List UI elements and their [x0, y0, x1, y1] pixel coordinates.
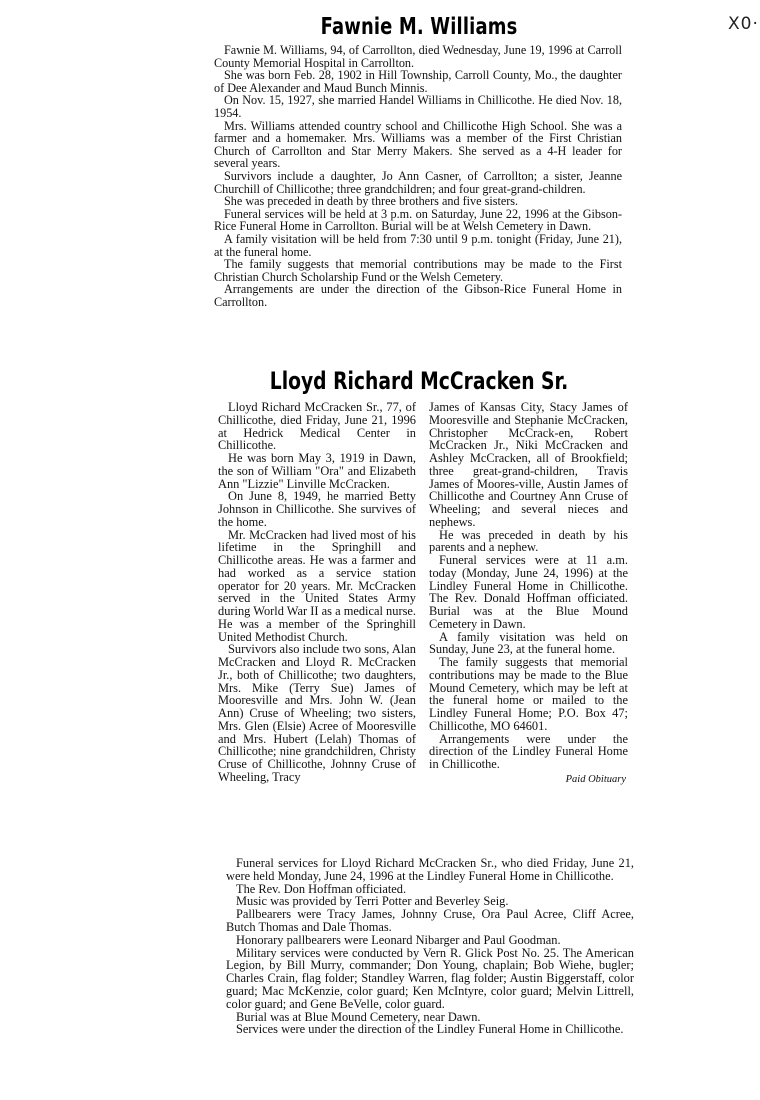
paragraph: The family suggests that memorial contri… [214, 258, 622, 283]
paragraph: Honorary pallbearers were Leonard Nibarg… [226, 934, 634, 947]
obituary-title: Lloyd Richard McCracken Sr. [259, 367, 579, 395]
paragraph: She was born Feb. 28, 1902 in Hill Towns… [214, 69, 622, 94]
paragraph: The family suggests that memorial contri… [429, 656, 628, 733]
paragraph: Mrs. Williams attended country school an… [214, 120, 622, 170]
paragraph: A family visitation will be held from 7:… [214, 233, 622, 258]
paragraph: James of Kansas City, Stacy James of Moo… [429, 401, 628, 529]
paragraph: Funeral services will be held at 3 p.m. … [214, 208, 622, 233]
obituary-title: Fawnie M. Williams [259, 14, 579, 40]
paragraph: Arrangements are under the direction of … [214, 283, 622, 308]
paragraph: Lloyd Richard McCracken Sr., 77, of Chil… [218, 401, 416, 452]
obituary-left-column: Lloyd Richard McCracken Sr., 77, of Chil… [218, 401, 416, 784]
paragraph: Survivors also include two sons, Alan Mc… [218, 643, 416, 783]
paragraph: Military services were conducted by Vern… [226, 947, 634, 1011]
obituary-right-column: James of Kansas City, Stacy James of Moo… [429, 401, 628, 787]
paragraph: A family visitation was held on Sunday, … [429, 631, 628, 657]
scanned-newspaper-page: X0· Fawnie M. Williams Fawnie M. William… [0, 0, 760, 1100]
paragraph: He was born May 3, 1919 in Dawn, the son… [218, 452, 416, 490]
paragraph: On Nov. 15, 1927, she married Handel Wil… [214, 94, 622, 119]
paragraph: She was preceded in death by three broth… [214, 195, 622, 208]
paragraph: Funeral services for Lloyd Richard McCra… [226, 857, 634, 883]
paragraph: He was preceded in death by his parents … [429, 529, 628, 555]
paragraph: On June 8, 1949, he married Betty Johnso… [218, 490, 416, 528]
obituary-body: Fawnie M. Williams, 94, of Carrollton, d… [214, 44, 622, 308]
paid-obituary-label: Paid Obituary [429, 774, 628, 787]
handwritten-margin-mark: X0· [728, 14, 759, 34]
paragraph: Mr. McCracken had lived most of his life… [218, 529, 416, 644]
paragraph: Services were under the direction of the… [226, 1023, 634, 1036]
paragraph: Fawnie M. Williams, 94, of Carrollton, d… [214, 44, 622, 69]
paragraph: Survivors include a daughter, Jo Ann Cas… [214, 170, 622, 195]
paragraph: Arrangements were under the direction of… [429, 733, 628, 771]
paragraph: Funeral services were at 11 a.m. today (… [429, 554, 628, 631]
funeral-notice: Funeral services for Lloyd Richard McCra… [226, 857, 634, 1036]
paragraph: Pallbearers were Tracy James, Johnny Cru… [226, 908, 634, 934]
